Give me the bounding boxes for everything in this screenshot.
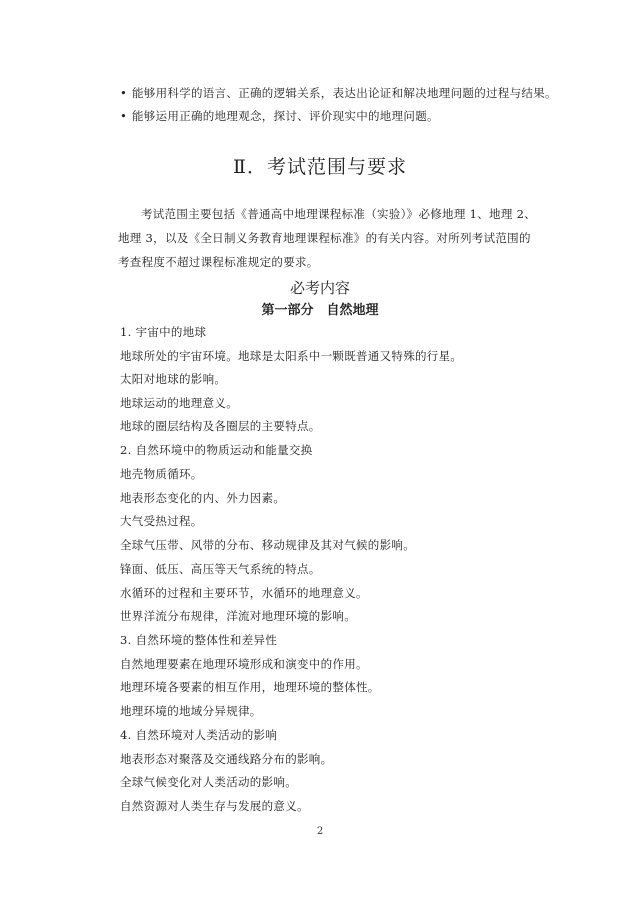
bullet-text: 能够用科学的语言、正确的逻辑关系，表达出论证和解决地理问题的过程与结果。 xyxy=(132,86,557,100)
required-heading: 必考内容 xyxy=(0,277,640,298)
content-line: 地壳物质循环。 xyxy=(120,466,203,482)
bullet-icon: • xyxy=(120,85,132,101)
topic-heading: 3. 自然环境的整体性和差异性 xyxy=(120,632,277,648)
topic-heading: 2. 自然环境中的物质运动和能量交换 xyxy=(120,442,313,458)
content-line: 地球的圈层结构及各圈层的主要特点。 xyxy=(120,418,321,434)
content-line: 地表形态对聚落及交通线路分布的影响。 xyxy=(120,751,332,767)
content-line: 大气受热过程。 xyxy=(120,513,203,529)
content-line: 锋面、低压、高压等天气系统的特点。 xyxy=(120,561,321,577)
content-line: 地理环境的地域分异规律。 xyxy=(120,703,262,719)
bullet-item: •能够用科学的语言、正确的逻辑关系，表达出论证和解决地理问题的过程与结果。 xyxy=(120,85,557,101)
bullet-item: •能够运用正确的地理观念，探讨、评价现实中的地理问题。 xyxy=(120,108,439,124)
content-line: 全球气候变化对人类活动的影响。 xyxy=(120,774,297,790)
intro-paragraph: 考试范围主要包括《普通高中地理课程标准（实验）》必修地理 1、地理 2、地理 3… xyxy=(118,202,538,274)
document-page: •能够用科学的语言、正确的逻辑关系，表达出论证和解决地理问题的过程与结果。 •能… xyxy=(0,0,640,905)
section-title: Ⅱ．考试范围与要求 xyxy=(0,152,640,179)
content-line: 地球运动的地理意义。 xyxy=(120,395,238,411)
content-line: 地理环境各要素的相互作用，地理环境的整体性。 xyxy=(120,679,380,695)
content-line: 世界洋流分布规律，洋流对地理环境的影响。 xyxy=(120,608,356,624)
content-line: 全球气压带、风带的分布、移动规律及其对气候的影响。 xyxy=(120,537,415,553)
content-line: 地表形态变化的内、外力因素。 xyxy=(120,490,285,506)
content-line: 太阳对地球的影响。 xyxy=(120,371,226,387)
part-heading: 第一部分 自然地理 xyxy=(0,299,640,318)
content-line: 水循环的过程和主要环节，水循环的地理意义。 xyxy=(120,585,368,601)
content-line: 自然地理要素在地理环境形成和演变中的作用。 xyxy=(120,656,368,672)
topic-heading: 4. 自然环境对人类活动的影响 xyxy=(120,727,277,743)
bullet-text: 能够运用正确的地理观念，探讨、评价现实中的地理问题。 xyxy=(132,109,439,123)
topic-heading: 1. 宇宙中的地球 xyxy=(120,324,206,340)
bullet-icon: • xyxy=(120,108,132,124)
content-line: 地球所处的宇宙环境。地球是太阳系中一颗既普通又特殊的行星。 xyxy=(120,348,462,364)
content-line: 自然资源对人类生存与发展的意义。 xyxy=(120,798,309,814)
page-number: 2 xyxy=(0,826,640,837)
